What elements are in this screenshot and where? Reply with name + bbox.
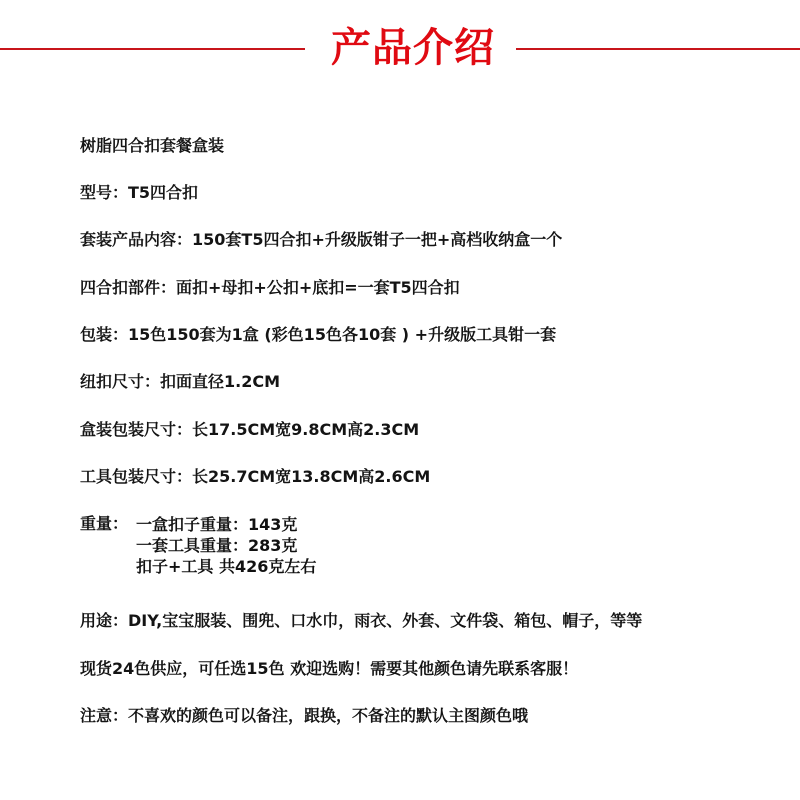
button-size: 纽扣尺寸：扣面直径1.2CM <box>80 372 280 392</box>
model-number: 型号：T5四合扣 <box>80 183 198 203</box>
section-header: 产品介绍 <box>0 0 800 100</box>
weight-label: 重量： <box>80 514 128 534</box>
tool-dimensions: 工具包装尺寸：长25.7CM宽13.8CM高2.6CM <box>80 467 430 487</box>
notice: 注意：不喜欢的颜色可以备注，跟换，不备注的默认主图颜色哦 <box>80 706 528 726</box>
tool-weight: 一套工具重量：283克 <box>136 535 316 556</box>
section-title: 产品介绍 <box>318 24 508 72</box>
button-parts: 四合扣部件：面扣+母扣+公扣+底扣=一套T5四合扣 <box>80 278 460 298</box>
header-divider-left <box>0 48 305 50</box>
box-weight: 一盒扣子重量：143克 <box>136 514 316 535</box>
weight-list: 一盒扣子重量：143克 一套工具重量：283克 扣子+工具 共426克左右 <box>136 514 316 577</box>
usage-info: 用途：DIY,宝宝服装、围兜、口水巾，雨衣、外套、文件袋、箱包、帽子，等等 <box>80 611 642 631</box>
total-weight: 扣子+工具 共426克左右 <box>136 556 316 577</box>
packaging-info: 包装：15色150套为1盒 (彩色15色各10套 ) +升级版工具钳一套 <box>80 325 556 345</box>
stock-info: 现货24色供应，可任选15色 欢迎选购！需要其他颜色请先联系客服！ <box>80 659 578 679</box>
product-name: 树脂四合扣套餐盒装 <box>80 136 224 156</box>
header-divider-right <box>516 48 800 50</box>
box-dimensions: 盒装包装尺寸：长17.5CM宽9.8CM高2.3CM <box>80 420 419 440</box>
package-contents: 套装产品内容：150套T5四合扣+升级版钳子一把+高档收纳盒一个 <box>80 230 562 250</box>
